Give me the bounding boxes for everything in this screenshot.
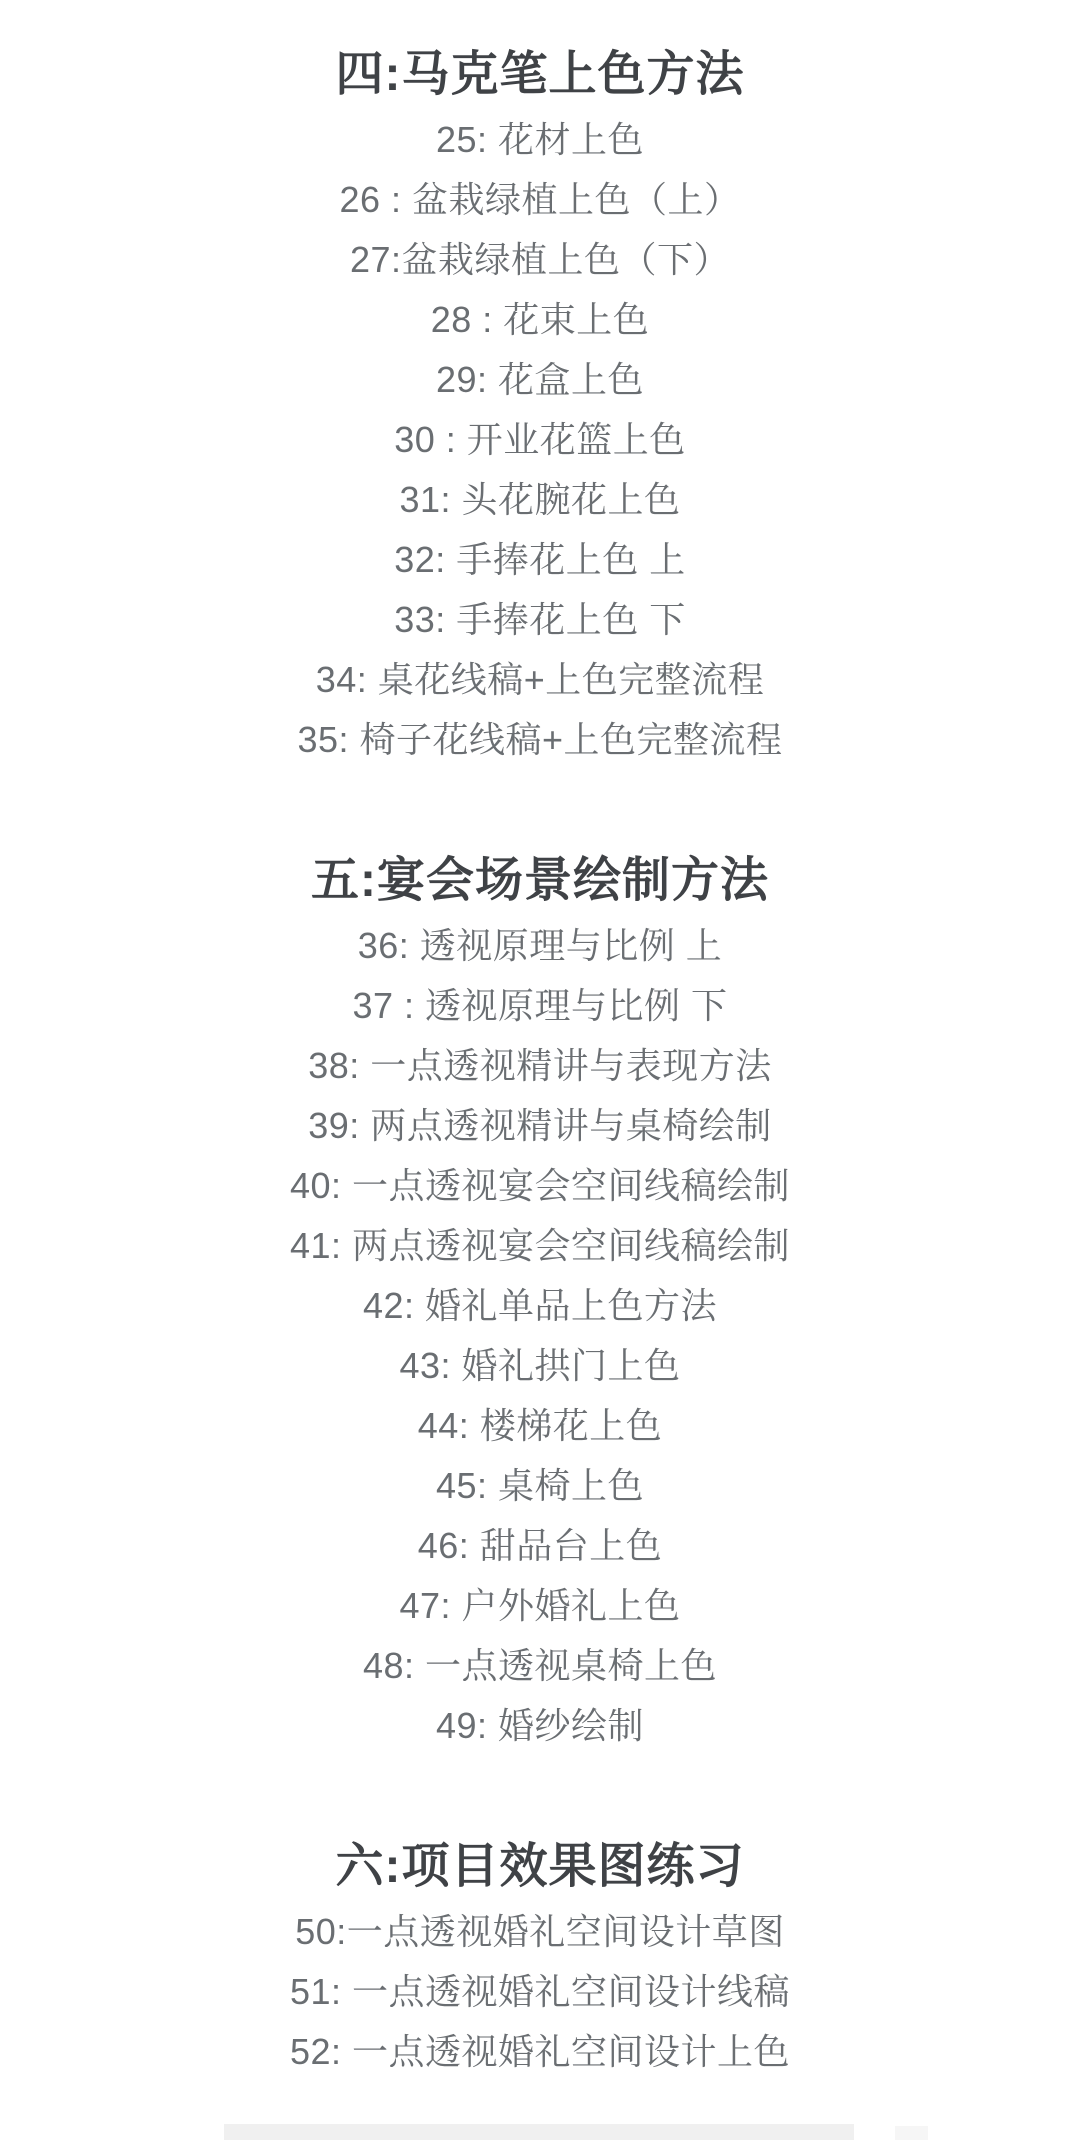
course-item: 45: 桌椅上色 <box>0 1456 1080 1516</box>
course-item: 44: 楼梯花上色 <box>0 1396 1080 1456</box>
course-item: 30 : 开业花篮上色 <box>0 410 1080 470</box>
course-item: 52: 一点透视婚礼空间设计上色 <box>0 2022 1080 2082</box>
course-item: 35: 椅子花线稿+上色完整流程 <box>0 710 1080 770</box>
course-item: 28 : 花束上色 <box>0 290 1080 350</box>
course-item: 49: 婚纱绘制 <box>0 1696 1080 1756</box>
course-section-1: 四:马克笔上色方法25: 花材上色26 : 盆栽绿植上色（上）27:盆栽绿植上色… <box>0 40 1080 770</box>
course-item: 48: 一点透视桌椅上色 <box>0 1636 1080 1696</box>
course-item: 36: 透视原理与比例 上 <box>0 916 1080 976</box>
course-item: 34: 桌花线稿+上色完整流程 <box>0 650 1080 710</box>
course-item: 51: 一点透视婚礼空间设计线稿 <box>0 1962 1080 2022</box>
course-item: 27:盆栽绿植上色（下） <box>0 230 1080 290</box>
course-item: 38: 一点透视精讲与表现方法 <box>0 1036 1080 1096</box>
course-item: 33: 手捧花上色 下 <box>0 590 1080 650</box>
course-item: 40: 一点透视宴会空间线稿绘制 <box>0 1156 1080 1216</box>
course-item: 43: 婚礼拱门上色 <box>0 1336 1080 1396</box>
course-item: 26 : 盆栽绿植上色（上） <box>0 170 1080 230</box>
footer-bar <box>224 2124 854 2140</box>
course-item: 29: 花盒上色 <box>0 350 1080 410</box>
course-item: 25: 花材上色 <box>0 110 1080 170</box>
course-item: 46: 甜品台上色 <box>0 1516 1080 1576</box>
course-item: 39: 两点透视精讲与桌椅绘制 <box>0 1096 1080 1156</box>
course-outline: 四:马克笔上色方法25: 花材上色26 : 盆栽绿植上色（上）27:盆栽绿植上色… <box>0 0 1080 2082</box>
course-section-3: 六:项目效果图练习50:一点透视婚礼空间设计草图51: 一点透视婚礼空间设计线稿… <box>0 1832 1080 2082</box>
section-title: 四:马克笔上色方法 <box>0 40 1080 110</box>
section-title: 五:宴会场景绘制方法 <box>0 846 1080 916</box>
course-item: 37 : 透视原理与比例 下 <box>0 976 1080 1036</box>
course-item: 32: 手捧花上色 上 <box>0 530 1080 590</box>
footer-bar-fragment <box>895 2126 928 2140</box>
course-item: 50:一点透视婚礼空间设计草图 <box>0 1902 1080 1962</box>
course-item: 41: 两点透视宴会空间线稿绘制 <box>0 1216 1080 1276</box>
course-item: 42: 婚礼单品上色方法 <box>0 1276 1080 1336</box>
course-item: 31: 头花腕花上色 <box>0 470 1080 530</box>
course-item: 47: 户外婚礼上色 <box>0 1576 1080 1636</box>
course-section-2: 五:宴会场景绘制方法36: 透视原理与比例 上37 : 透视原理与比例 下38:… <box>0 846 1080 1756</box>
section-title: 六:项目效果图练习 <box>0 1832 1080 1902</box>
